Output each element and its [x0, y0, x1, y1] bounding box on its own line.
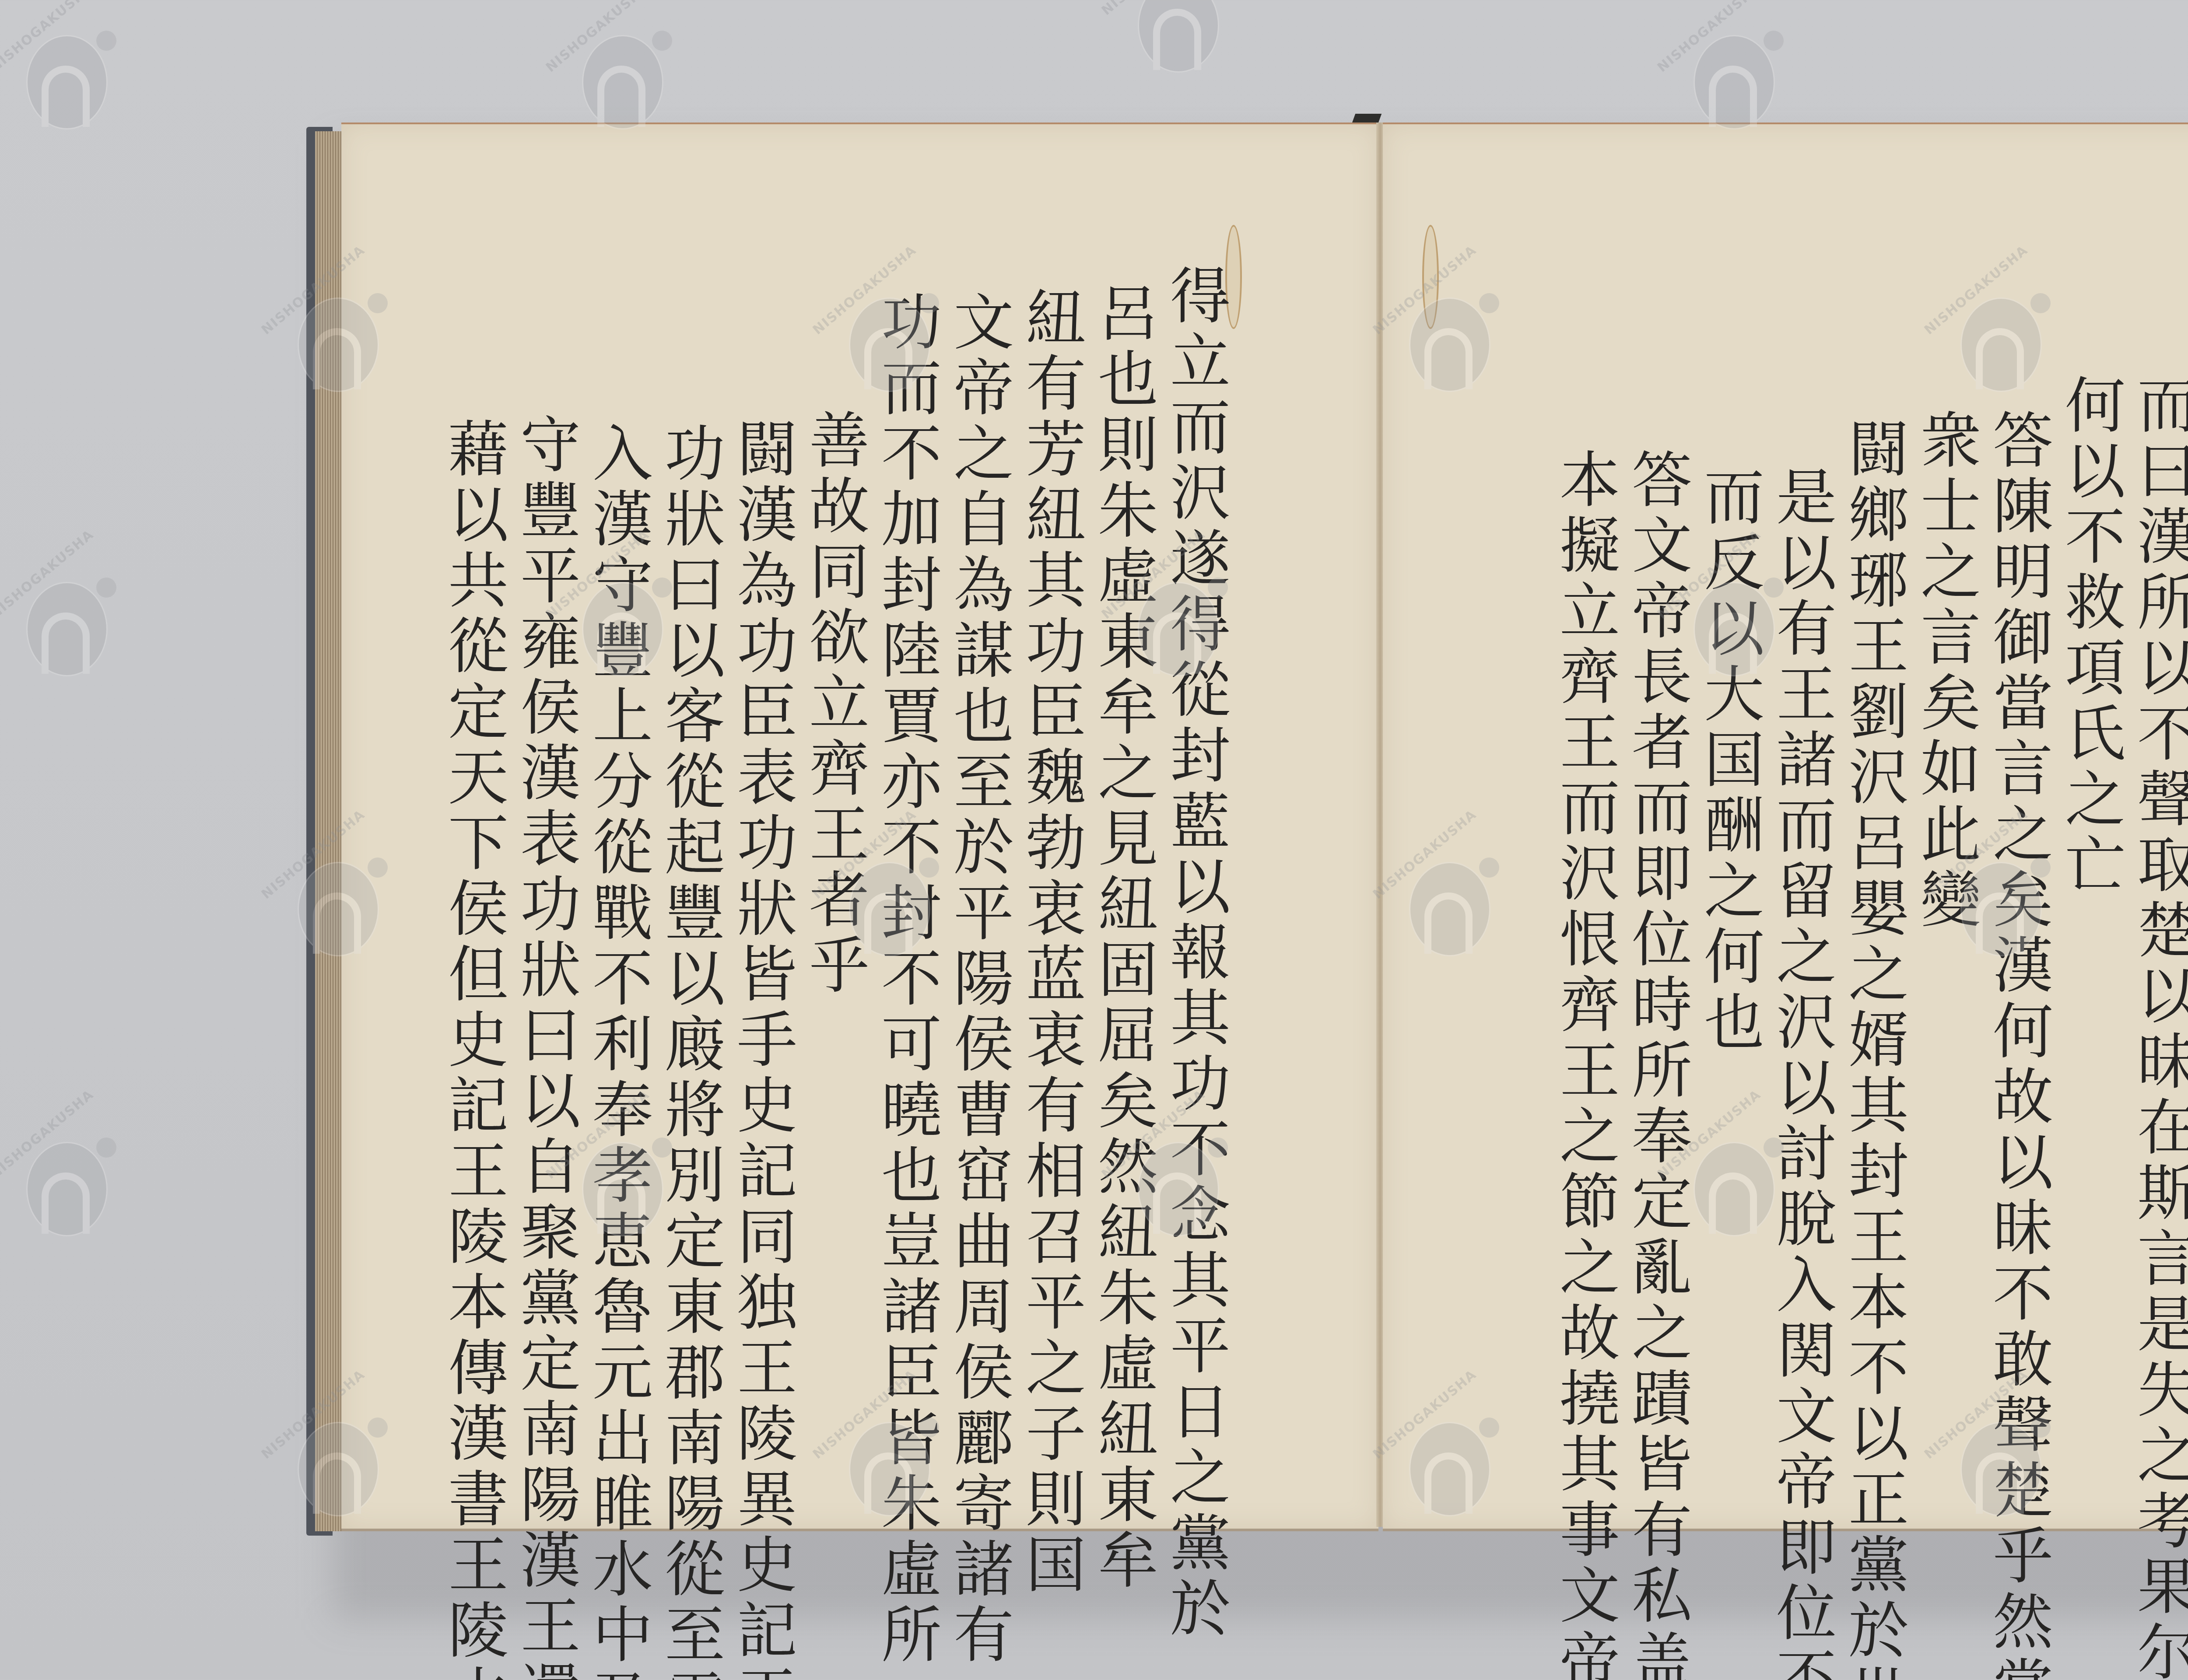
- left-page: 得立而沢遂得從封藍以報其功不念其平日之黨於 呂也則朱虛東牟之見紐固屈矣然紐朱虛紐…: [341, 122, 1378, 1531]
- nishogakusha-watermark-icon: NISHOGAKUSHA: [1676, 17, 1790, 131]
- text-column: 闘鄉琊王劉沢呂嬰之婿其封王本不以正黨於世產祿: [1831, 203, 1904, 1607]
- nishogakusha-watermark-icon: NISHOGAKUSHA: [9, 564, 123, 678]
- text-column: 本擬立齊王而沢恨齊王之節之故撓其事文帝以是: [1543, 203, 1615, 1607]
- nishogakusha-watermark-icon: NISHOGAKUSHA: [1120, 0, 1234, 74]
- text-column: 而曰漢所以不聲取楚以昧在斯言是失之考果尔昧: [2120, 203, 2188, 1607]
- text-column: 而反以大国酬之何也: [1687, 203, 1759, 1607]
- text-column: 答陳明御當言之矣漢何故以昧不敢聲楚乎然當時: [1976, 203, 2048, 1607]
- paper-stain: [1422, 225, 1439, 329]
- left-page-text: 得立而沢遂得從封藍以報其功不念其平日之黨於 呂也則朱虛東牟之見紐固屈矣然紐朱虛紐…: [420, 203, 1225, 1607]
- right-page-text: 以給身處義寧遵之道矣苦甚為除牟情也 闘鐘離昧在項氏為名將也及其喪敗逃於韓信国佛 …: [1514, 203, 2188, 1607]
- text-column: 呂也則朱虛東牟之見紐固屈矣然紐朱虛紐東牟: [1081, 203, 1153, 1607]
- text-column: 何以不救項氏之亡: [2048, 203, 2120, 1607]
- text-column: 善故同欲立齊王者乎: [792, 203, 864, 1607]
- text-column: 得立而沢遂得從封藍以報其功不念其平日之黨於: [1153, 203, 1225, 1607]
- text-column: 衆士之言矣如此變: [1904, 203, 1976, 1607]
- text-column: 入漢守豐上分從戰不利奉孝恵魯元出睢水中及堅: [575, 203, 648, 1607]
- text-column: 紐有芳紐其功臣魏勃衷蓝衷有相召平之子則国: [1009, 203, 1081, 1607]
- open-book: 得立而沢遂得從封藍以報其功不念其平日之黨於 呂也則朱虛東牟之見紐固屈矣然紐朱虛紐…: [306, 118, 2188, 1549]
- text-column: 闘漢為功臣表功狀皆手史記同独王陵異史記王陵: [720, 203, 792, 1607]
- text-column: 文帝之自為謀也至於平陽侯曹窋曲周侯酈寄諸有: [936, 203, 1009, 1607]
- text-column: 答文帝長者而即位時所奉定亂之蹟皆有私盖大臣: [1615, 203, 1687, 1607]
- text-column: 功狀曰以客從起豐以廄將別定東郡南陽從至霸上: [648, 203, 720, 1607]
- text-column: 是以有王諸而留之沢以討脫入関文帝即位不降封: [1759, 203, 1831, 1607]
- text-column: 守豐平雍侯漢表功狀曰以自聚黨定南陽漢王還擊: [503, 203, 575, 1607]
- nishogakusha-watermark-icon: NISHOGAKUSHA: [9, 17, 123, 131]
- nishogakusha-watermark-icon: NISHOGAKUSHA: [9, 1124, 123, 1238]
- text-column: 功而不加封陸賈亦不封不可曉也豈諸臣皆朱虛所: [864, 203, 936, 1607]
- nishogakusha-watermark-icon: NISHOGAKUSHA: [565, 17, 678, 131]
- text-column: 藉以共從定天下侯但史記王陵本傳漢書王陵本傳: [431, 203, 503, 1607]
- right-page: 以給身處義寧遵之道矣苦甚為除牟情也 闘鐘離昧在項氏為名將也及其喪敗逃於韓信国佛 …: [1383, 122, 2188, 1531]
